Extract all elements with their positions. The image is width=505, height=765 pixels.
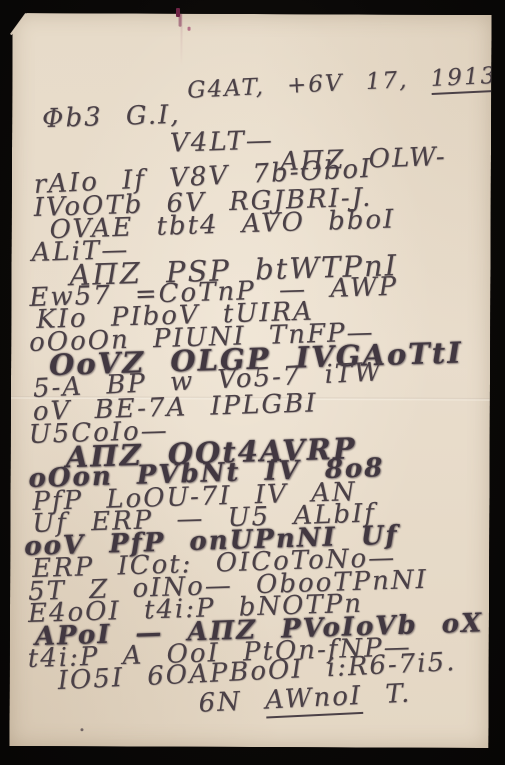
ink-speck	[80, 728, 83, 731]
date-year-underlined: 1913.	[430, 62, 505, 95]
date-line: G4AT, +6V 17, 1913.	[187, 64, 505, 102]
red-edge-mark-top	[176, 8, 180, 17]
handwritten-line: V4LT—	[170, 127, 275, 156]
signature-suffix: T.	[361, 679, 411, 711]
red-edge-dot	[188, 27, 191, 31]
signature-underlined: AWnoI	[264, 681, 363, 719]
date-text: G4AT, +6V 17,	[187, 67, 409, 104]
photo-backdrop: G4AT, +6V 17, 1913. Φb3 G.I, V4LT— AΠZ O…	[0, 0, 505, 765]
letter-paper: G4AT, +6V 17, 1913. Φb3 G.I, V4LT— AΠZ O…	[9, 13, 491, 748]
signature-pre: 6N	[198, 686, 266, 719]
handwritten-line: Φb3 G.I,	[42, 102, 181, 132]
